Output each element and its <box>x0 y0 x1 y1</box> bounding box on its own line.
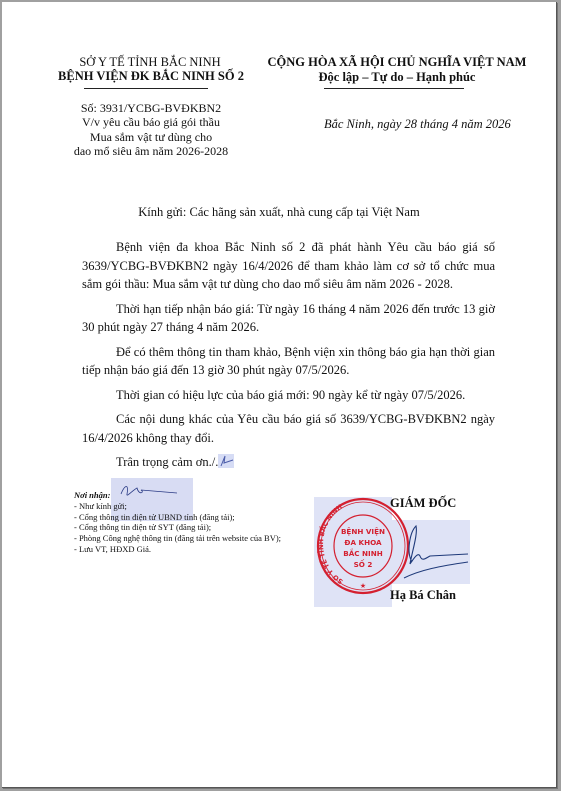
header-left-underline <box>84 88 208 89</box>
recipient-item: - Phòng Công nghệ thông tin (đăng tải tr… <box>74 533 281 544</box>
stamp-line: SỐ 2 <box>354 559 373 569</box>
letter-body: Bệnh viện đa khoa Bắc Ninh số 2 đã phát … <box>82 238 495 478</box>
subject-line: Mua sắm vật tư dùng cho <box>42 130 260 145</box>
salutation: Kính gửi: Các hãng sản xuất, nhà cung cấ… <box>2 205 556 220</box>
document-number: Số: 3931/YCBG-BVĐKBN2 <box>42 101 260 116</box>
recipient-item: - Như kính gửi; <box>74 501 281 512</box>
stamp-line: BỆNH VIỆN <box>341 527 385 536</box>
stamp-line: ĐA KHOA <box>344 538 382 547</box>
recipients-block: Nơi nhận: - Như kính gửi; - Cổng thông t… <box>74 490 281 555</box>
signer-name: Hạ Bá Chân <box>390 588 456 603</box>
national-title: CỘNG HÒA XÃ HỘI CHỦ NGHĨA VIỆT NAM <box>266 55 528 70</box>
body-paragraph: Thời hạn tiếp nhận báo giá: Từ ngày 16 t… <box>82 300 495 337</box>
handwritten-signature-icon <box>400 522 470 582</box>
initial-signature-icon <box>218 454 234 468</box>
stamp-star-icon: ★ <box>360 582 366 590</box>
subject-line: V/v yêu cầu báo giá gói thầu <box>42 115 260 130</box>
document-page: SỞ Y TẾ TỈNH BẮC NINH BỆNH VIỆN ĐK BẮC N… <box>2 2 557 788</box>
national-motto: Độc lập – Tự do – Hạnh phúc <box>266 70 528 85</box>
body-paragraph: Các nội dung khác của Yêu cầu báo giá số… <box>82 410 495 447</box>
recipient-item: - Cổng thông tin điện tử UBND tỉnh (đăng… <box>74 512 281 523</box>
stamp-line: BẮC NINH <box>343 548 383 558</box>
recipients-label: Nơi nhận: <box>74 490 281 501</box>
organization-name: BỆNH VIỆN ĐK BẮC NINH SỐ 2 <box>48 69 254 84</box>
body-paragraph: Thời gian có hiệu lực của báo giá mới: 9… <box>82 386 495 405</box>
parent-organization: SỞ Y TẾ TỈNH BẮC NINH <box>50 55 250 70</box>
document-subject: V/v yêu cầu báo giá gói thầu Mua sắm vật… <box>42 115 260 159</box>
body-paragraph: Để có thêm thông tin tham khảo, Bệnh việ… <box>82 343 495 380</box>
recipient-item: - Lưu VT, HĐXD Giá. <box>74 544 281 555</box>
subject-line: dao mổ siêu âm năm 2026-2028 <box>42 144 260 159</box>
official-stamp-icon: SỞ Y TẾ TỈNH BẮC NINH BỆNH VIỆN ĐA KHOA … <box>315 496 411 600</box>
body-paragraph: Bệnh viện đa khoa Bắc Ninh số 2 đã phát … <box>82 238 495 294</box>
recipient-item: - Cổng thông tin điện tử SYT (đăng tải); <box>74 522 281 533</box>
svg-text:SỞ Y TẾ TỈNH BẮC NINH: SỞ Y TẾ TỈNH BẮC NINH <box>315 503 344 586</box>
header-right-underline <box>324 88 464 89</box>
closing-text: Trân trọng cảm ơn./. <box>116 455 218 469</box>
place-and-date: Bắc Ninh, ngày 28 tháng 4 năm 2026 <box>324 117 511 132</box>
closing-line: Trân trọng cảm ơn./. <box>82 453 495 472</box>
recipients-list: - Như kính gửi; - Cổng thông tin điện tử… <box>74 501 281 555</box>
stamp-ring-text: SỞ Y TẾ TỈNH BẮC NINH <box>315 503 344 586</box>
